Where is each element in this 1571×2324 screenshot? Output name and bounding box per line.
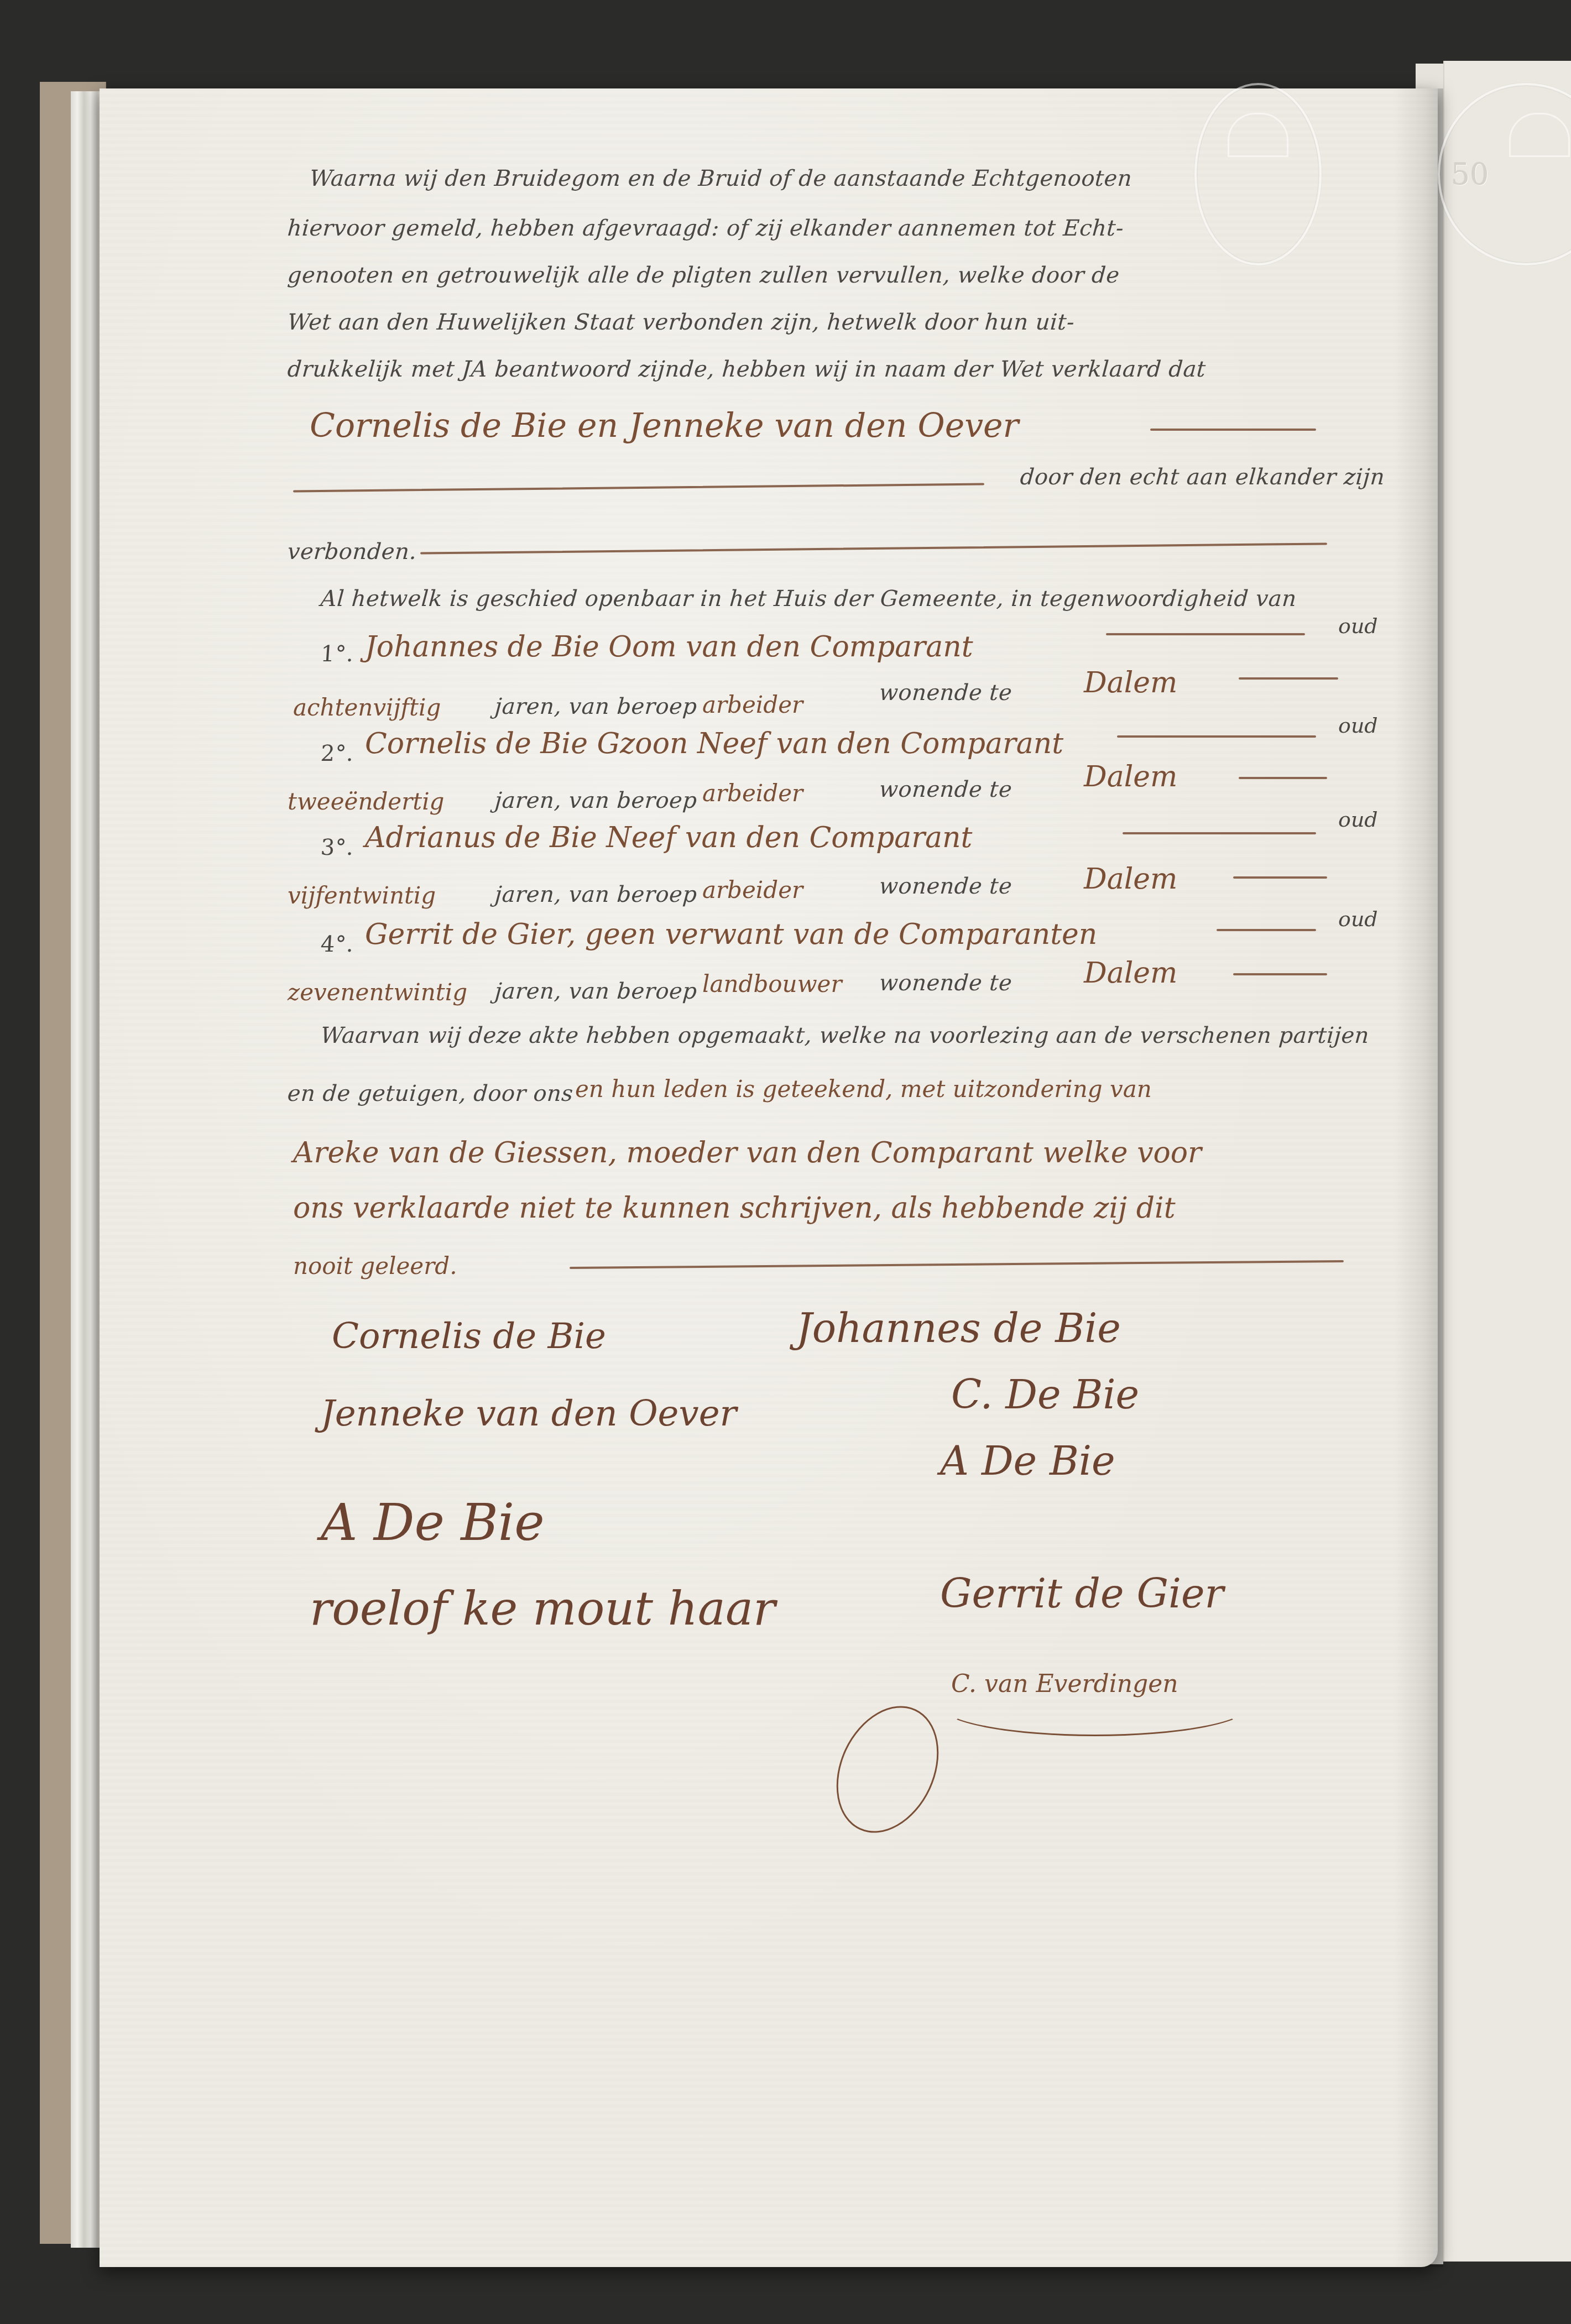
oud-label: oud	[1338, 713, 1378, 738]
oud-label: oud	[1338, 907, 1378, 931]
printed-line: wonende te	[878, 680, 1012, 706]
witness-occupation: arbeider	[702, 780, 803, 807]
witness-residence: Dalem	[1084, 863, 1177, 896]
signature-witness-2: C. De Bie	[951, 1371, 1139, 1418]
handwritten-closing: nooit geleerd.	[293, 1252, 457, 1279]
printed-line: wonende te	[878, 777, 1012, 802]
crown-icon	[1228, 113, 1288, 157]
printed-line: en de getuigen, door ons	[286, 1081, 574, 1106]
fill-rule	[1233, 876, 1327, 879]
witness-name: Cornelis de Bie Gzoon Neef van den Compa…	[365, 727, 1063, 760]
handwritten-closing: en hun leden is geteekend, met uitzonder…	[575, 1075, 1152, 1103]
signature-witness-1: Johannes de Bie	[796, 1305, 1121, 1351]
witness-number: 2°.	[320, 741, 354, 766]
witness-residence: Dalem	[1084, 957, 1177, 990]
fill-rule	[1117, 735, 1316, 738]
witness-number: 4°.	[320, 932, 354, 957]
printed-line: Waarvan wij deze akte hebben opgemaakt, …	[320, 1023, 1370, 1048]
signature-bride: Jenneke van den Oever	[321, 1393, 737, 1434]
printed-line: Waarna wij den Bruidegom en de Bruid of …	[309, 166, 1132, 191]
witness-occupation: landbouwer	[702, 970, 842, 998]
signature-witness-3: A De Bie	[940, 1438, 1115, 1484]
printed-line: verbonden.	[286, 539, 417, 565]
printed-line: door den echt aan elkander zijn	[1019, 464, 1385, 490]
page-edges	[71, 91, 104, 2248]
witness-occupation: arbeider	[702, 876, 803, 904]
oud-label: oud	[1338, 614, 1378, 638]
facing-page	[1443, 61, 1571, 2262]
gutter-shadow	[1393, 88, 1443, 2267]
printed-line: Wet aan den Huwelijken Staat verbonden z…	[286, 310, 1075, 335]
printed-line: wonende te	[878, 874, 1012, 899]
signature-underline-flourish	[940, 1675, 1250, 1736]
fill-rule	[1123, 832, 1316, 834]
handwritten-closing: ons verklaarde niet te kunnen schrijven,…	[293, 1192, 1176, 1225]
signature-father: A De Bie	[321, 1493, 545, 1552]
fill-rule	[1150, 429, 1316, 431]
witness-residence: Dalem	[1084, 760, 1177, 793]
printed-line: jaren, van beroep	[494, 979, 698, 1004]
witness-age: zevenentwintig	[288, 979, 467, 1006]
witness-age: achtenvijftig	[293, 694, 441, 721]
stamp-value: 50	[1451, 157, 1489, 192]
printed-line: jaren, van beroep	[494, 788, 698, 813]
printed-line: jaren, van beroep	[494, 694, 698, 719]
printed-line: hiervoor gemeld, hebben afgevraagd: of z…	[286, 216, 1124, 241]
witness-name: Gerrit de Gier, geen verwant van de Comp…	[365, 918, 1097, 951]
signature-groom: Cornelis de Bie	[332, 1316, 606, 1357]
witness-age: tweeëndertig	[288, 788, 444, 815]
witness-number: 3°.	[320, 835, 354, 860]
printed-line: jaren, van beroep	[494, 882, 698, 907]
printed-line: drukkelijk met JA beantwoord zijnde, heb…	[286, 357, 1207, 382]
oud-label: oud	[1338, 807, 1378, 832]
witness-name: Johannes de Bie Oom van den Comparant	[365, 630, 973, 664]
crown-icon	[1509, 113, 1570, 157]
scanned-document-scene: 50 Waarna wij den Bruidegom en de Bruid …	[0, 0, 1571, 2324]
printed-line: genooten en getrouwelijk alle de pligten…	[286, 263, 1120, 288]
fill-rule	[1233, 973, 1327, 975]
witness-age: vijfentwintig	[288, 882, 436, 909]
witness-number: 1°.	[320, 641, 354, 667]
witness-occupation: arbeider	[702, 691, 803, 718]
printed-line: Al hetwelk is geschied openbaar in het H…	[320, 586, 1297, 612]
printed-line: wonende te	[878, 970, 1012, 996]
handwritten-closing: Areke van de Giessen, moeder van den Com…	[293, 1136, 1202, 1169]
fill-rule	[1106, 633, 1305, 635]
couple-names: Cornelis de Bie en Jenneke van den Oever	[310, 406, 1019, 445]
signature-witness-4: Gerrit de Gier	[940, 1570, 1224, 1617]
fill-rule	[1239, 777, 1327, 779]
fill-rule	[1217, 929, 1316, 931]
signature-mother: roelof ke mout haar	[310, 1581, 775, 1636]
embossed-tax-stamp-left	[1194, 83, 1322, 265]
fill-rule	[1239, 677, 1338, 680]
witness-residence: Dalem	[1084, 666, 1177, 699]
witness-name: Adrianus de Bie Neef van den Comparant	[365, 821, 973, 854]
